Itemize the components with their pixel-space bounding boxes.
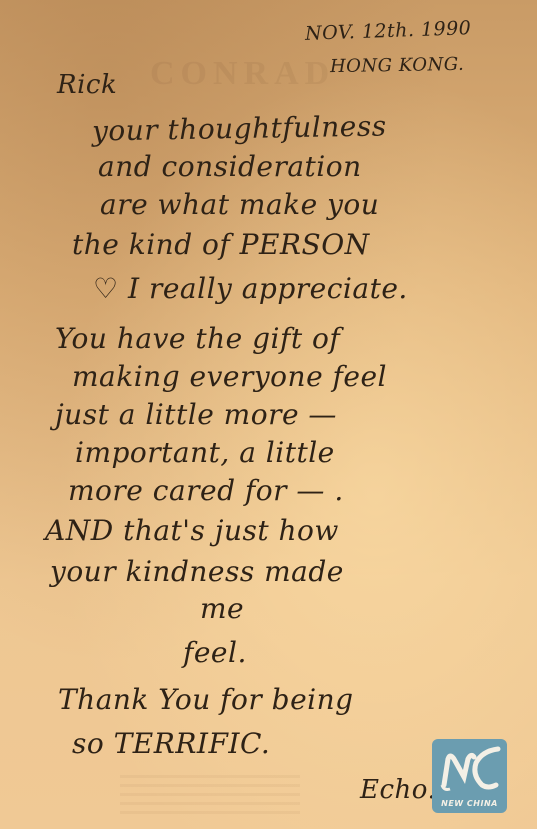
body-line: so TERRIFIC. bbox=[72, 727, 270, 760]
letter-place: HONG KONG. bbox=[330, 54, 465, 77]
letter-date: NOV. 12th. 1990 bbox=[305, 17, 472, 45]
salutation: Rick bbox=[57, 70, 117, 100]
body-line: the kind of PERSON bbox=[72, 228, 370, 261]
body-line: me bbox=[200, 592, 244, 625]
news-agency-watermark: NEW CHINA bbox=[432, 739, 507, 813]
body-line: You have the gift of bbox=[55, 322, 340, 355]
body-line: are what make you bbox=[100, 188, 379, 221]
body-line: your thoughtfulness bbox=[92, 109, 387, 147]
body-line: your kindness made bbox=[50, 555, 344, 588]
letterhead-faint: CONRAD bbox=[150, 55, 335, 93]
faint-printed-text bbox=[120, 775, 300, 815]
signature: Echo. bbox=[360, 775, 436, 805]
body-line: just a little more — bbox=[55, 398, 337, 431]
body-line: more cared for — . bbox=[68, 474, 344, 507]
body-line: AND that's just how bbox=[45, 514, 339, 547]
body-line: and consideration bbox=[98, 150, 362, 183]
watermark-label: NEW CHINA bbox=[441, 799, 498, 808]
body-line: making everyone feel bbox=[72, 360, 387, 393]
body-line: Thank You for being bbox=[58, 683, 354, 716]
letter-page: CONRAD NOV. 12th. 1990 HONG KONG. Rick y… bbox=[0, 0, 537, 829]
body-line: important, a little bbox=[75, 436, 335, 469]
body-line: feel. bbox=[183, 636, 247, 669]
xinhua-nc-logo-icon bbox=[438, 745, 501, 793]
body-line: ♡ I really appreciate. bbox=[93, 272, 408, 305]
